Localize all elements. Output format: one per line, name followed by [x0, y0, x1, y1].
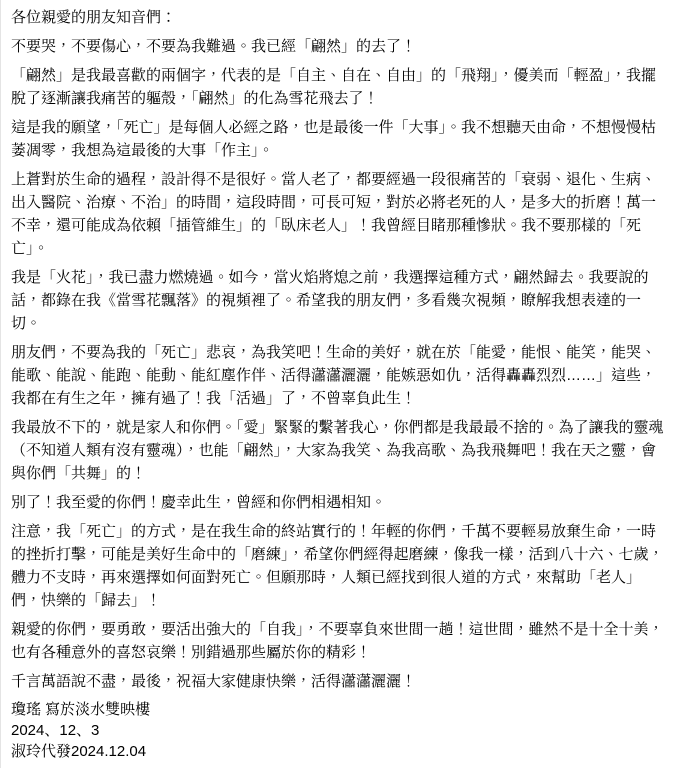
paragraph-warning-to-young: 注意，我「死亡」的方式，是在我生命的終站實行的！年輕的你們，千萬不要輕易放棄生命… [11, 520, 670, 612]
paragraph-final-blessing: 千言萬語說不盡，最後，祝福大家健康快樂，活得瀟瀟灑灑！ [11, 670, 670, 693]
farewell-letter-document: 各位親愛的朋友知音們： 不要哭，不要傷心，不要為我難過。我已經「翩然」的去了！ … [0, 0, 679, 768]
signature-date: 2024、12、3 [11, 720, 670, 741]
paragraph-family-love: 我最放不下的，就是家人和你們。「愛」緊緊的繫著我心，你們都是我最最不捨的。為了讓… [11, 416, 670, 485]
paragraph-pianran-meaning: 「翩然」是我最喜歡的兩個字，代表的是「自主、自在、自由」的「飛翔」，優美而「輕盈… [11, 64, 670, 110]
paragraph-be-brave: 親愛的你們，要勇敢，要活出強大的「自我」，不要辜負來世間一趟！這世間，雖然不是十… [11, 618, 670, 664]
signature-block: 瓊瑤 寫於淡水雙映樓 2024、12、3 淑玲代發2024.12.04 [11, 699, 670, 762]
paragraph-life-process: 上蒼對於生命的過程，設計得不是很好。當人老了，都要經過一段很痛苦的「衰弱、退化、… [11, 168, 670, 260]
signature-posted-by: 淑玲代發2024.12.04 [11, 741, 670, 762]
signature-author: 瓊瑤 寫於淡水雙映樓 [11, 699, 670, 720]
paragraph-my-wish: 這是我的願望，「死亡」是每個人必經之路，也是最後一件「大事」。我不想聽天由命，不… [11, 116, 670, 162]
paragraph-farewell: 別了！我至愛的你們！慶幸此生，曾經和你們相遇相知。 [11, 491, 670, 514]
salutation: 各位親愛的朋友知音們： [11, 6, 670, 29]
paragraph-spark: 我是「火花」，我已盡力燃燒過。如今，當火焰將熄之前，我選擇這種方式，翩然歸去。我… [11, 266, 670, 335]
paragraph-friends-smile: 朋友們，不要為我的「死亡」悲哀，為我笑吧！生命的美好，就在於「能愛，能恨、能笑，… [11, 341, 670, 410]
paragraph-dont-cry: 不要哭，不要傷心，不要為我難過。我已經「翩然」的去了！ [11, 35, 670, 58]
